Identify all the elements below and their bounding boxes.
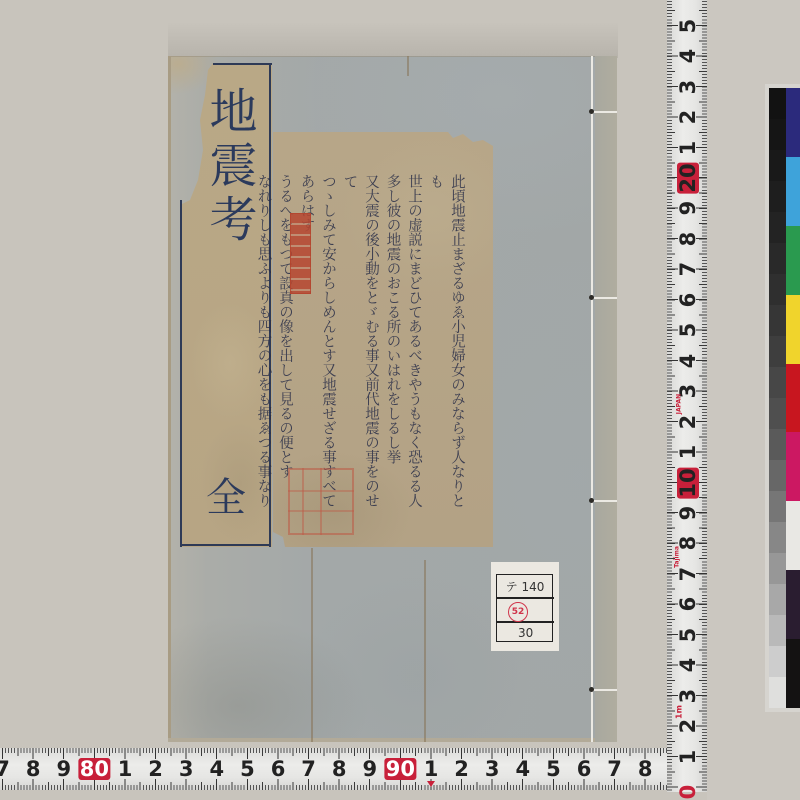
ruler-label: 3 [485, 758, 500, 780]
ruler-label-zero: 0 [676, 785, 700, 800]
binding-spine [595, 56, 617, 742]
slip-column: なれりしも思ふよりも四方の心をも据ゑつる事なり [252, 174, 274, 517]
ruler-label: 1 [118, 758, 133, 780]
ruler-label: 6 [577, 758, 592, 780]
grey-step [769, 584, 786, 615]
ruler-label: 7 [607, 758, 622, 780]
ruler-marker-arrow-icon [427, 781, 435, 787]
greyscale-strip [769, 88, 786, 708]
binding-hole [589, 687, 594, 692]
ruler-label: 6 [677, 597, 699, 612]
book-bottom-edge [168, 738, 617, 742]
ruler-label: 8 [638, 758, 653, 780]
binding-stitch [592, 111, 617, 113]
ruler-label: 8 [332, 758, 347, 780]
grey-step [769, 119, 786, 150]
ruler-label: 4 [677, 49, 699, 64]
grey-step [769, 181, 786, 212]
ruler-label: 9 [677, 201, 699, 216]
grey-step [769, 429, 786, 460]
ruler-label: 7 [0, 758, 10, 780]
grey-step [769, 522, 786, 553]
slip-column: 此頃地震止まざるゆゑ小児婦女のみならず人なりとも [424, 174, 467, 517]
ruler-label: 3 [179, 758, 194, 780]
title-label-border [180, 200, 182, 547]
color-patch-green [786, 226, 800, 295]
ruler-label: 4 [209, 758, 224, 780]
binding-hole [589, 295, 594, 300]
ruler-label: 1 [677, 140, 699, 155]
red-seal-square [288, 468, 354, 535]
volume-mark: 全 [206, 466, 246, 523]
book-left-edge [168, 56, 171, 742]
ruler-label: 9 [677, 506, 699, 521]
library-tag-divider [496, 621, 554, 623]
grey-step [769, 305, 786, 336]
color-patch-dark-purple [786, 570, 800, 639]
ruler-label: 2 [677, 719, 699, 734]
grey-step [769, 274, 786, 305]
ruler-label: 9 [56, 758, 71, 780]
grey-step [769, 212, 786, 243]
ruler-label: 2 [677, 110, 699, 125]
ruler-unit-mark: 1m [675, 705, 684, 719]
ruler-country-mark: JAPAN [676, 394, 683, 414]
slip-text: 此頃地震止まざるゆゑ小児婦女のみならず人なりとも 世上の虚説にまどひてあるべきや… [315, 172, 467, 517]
circle-stamp: 52 [508, 602, 528, 622]
cover-crease [407, 56, 409, 76]
ruler-label: 1 [424, 758, 439, 780]
grey-step [769, 553, 786, 584]
color-patch-yellow [786, 295, 800, 364]
grey-step [769, 646, 786, 677]
ruler-label: 3 [677, 688, 699, 703]
ruler-label: 1 [677, 445, 699, 460]
slip-column: 多し彼の地震のおこる所のいはれをしるし挙 [381, 174, 403, 517]
red-seal-vertical [290, 213, 311, 294]
ruler-label: 5 [546, 758, 561, 780]
ruler-label: 7 [301, 758, 316, 780]
ruler-label: 3 [677, 79, 699, 94]
grey-step [769, 243, 786, 274]
book-title: 地震考 [204, 86, 254, 248]
ruler-brand: Tajima [674, 546, 681, 568]
ruler-label: 8 [26, 758, 41, 780]
grey-step [769, 677, 786, 708]
ruler-label: 4 [677, 353, 699, 368]
ruler-label: 5 [677, 323, 699, 338]
binding-thread [591, 56, 593, 742]
ruler-label: 5 [677, 627, 699, 642]
grey-step [769, 150, 786, 181]
binding-stitch [592, 297, 617, 299]
color-patch-magenta [786, 432, 800, 501]
color-patch-strip [786, 88, 800, 708]
cover-crease [311, 548, 313, 742]
ruler-label: 9 [362, 758, 377, 780]
book-shadow [168, 22, 618, 58]
ruler-label: 8 [677, 232, 699, 247]
slip-column: 又大震の後小動をとゞむる事又前代地震の事をのせて [338, 174, 381, 517]
ruler-label: 7 [677, 566, 699, 581]
color-patch-blue [786, 88, 800, 157]
ruler-label: 4 [677, 658, 699, 673]
item-number: 30 [518, 626, 533, 640]
library-tag-divider [496, 597, 554, 599]
color-patch-cyan [786, 157, 800, 226]
cover-crease [424, 560, 426, 742]
color-patch-white [786, 501, 800, 570]
binding-hole [589, 498, 594, 503]
ruler-label: 1 [677, 749, 699, 764]
ruler-label: 4 [515, 758, 530, 780]
color-patch-red [786, 364, 800, 433]
grey-step [769, 398, 786, 429]
ruler-label: 6 [271, 758, 286, 780]
binding-hole [589, 109, 594, 114]
title-label-border [180, 544, 271, 546]
ruler-label: 7 [677, 262, 699, 277]
ruler-label-highlight: 90 [385, 758, 416, 780]
grey-step [769, 367, 786, 398]
ruler-label: 2 [454, 758, 469, 780]
binding-stitch [592, 689, 617, 691]
title-label-border [213, 63, 272, 65]
ruler-label: 5 [240, 758, 255, 780]
grey-step [769, 491, 786, 522]
binding-stitch [592, 500, 617, 502]
ruler-label-highlight: 80 [79, 758, 110, 780]
ruler-label: 2 [148, 758, 163, 780]
grey-step [769, 460, 786, 491]
grey-step [769, 336, 786, 367]
ruler-label-highlight: 10 [677, 467, 699, 498]
ruler-label: 5 [677, 18, 699, 33]
grey-step [769, 615, 786, 646]
grey-step [769, 88, 786, 119]
ruler-label: 6 [677, 292, 699, 307]
slip-column: 世上の虚説にまどひてあるべきやうもなく恐るる人 [403, 174, 425, 517]
color-patch-black [786, 639, 800, 708]
call-number: テ 140 [496, 578, 554, 595]
ruler-label: 2 [677, 414, 699, 429]
ruler-label-highlight: 20 [677, 162, 699, 193]
